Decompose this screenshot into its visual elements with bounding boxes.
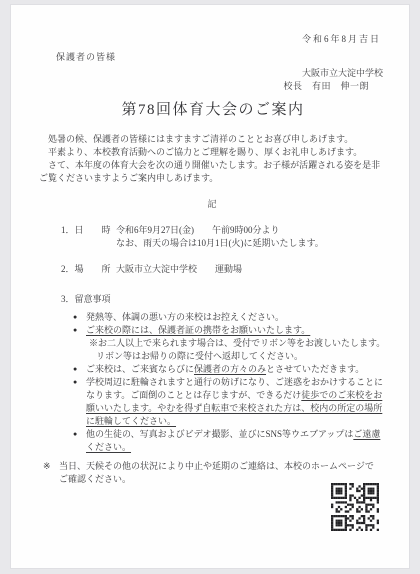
- greeting-paragraph: 処暑の候、保護者の皆様にはますますご清祥のこととお喜び申しあげます。 平素より、…: [39, 133, 387, 185]
- note-segment: 保護者の方々のみ: [194, 364, 266, 374]
- note-segment: とさせていただきます。: [266, 364, 364, 374]
- detail-label: 2．場 所: [61, 263, 116, 276]
- sender-block: 大阪市立大淀中学校 校長 有田 伸一朗: [39, 67, 387, 93]
- bullet-icon: ●: [73, 363, 86, 376]
- note-segment: リボン等はお帰りの際に受付へ返却してください。: [96, 351, 303, 361]
- note-segment: 他の生徒の、写真およびビデオ撮影、並びにSNS等ウエブアップは: [86, 429, 353, 439]
- note-segment: ご来校の際には、保護者証の携帯をお願いいたします。: [86, 325, 310, 335]
- note-subline: リボン等はお帰りの際に受付へ返却してください。: [96, 350, 387, 363]
- detail-value: 令和6年9月27日(金) 午前9時00分より: [116, 224, 387, 237]
- detail-label: 1．日 時: [61, 224, 116, 250]
- note-item: ●ご来校は、ご来賓ならびに保護者の方々のみとさせていただきます。: [73, 363, 387, 376]
- greeting-line: さて、本年度の体育大会を次の通り開催いたします。お子様が活躍される姿を是非ご覧く…: [39, 159, 387, 185]
- document-date: 令和6年8月吉日: [39, 33, 387, 46]
- qr-code: [331, 483, 379, 531]
- note-text: ご来校は、ご来賓ならびに保護者の方々のみとさせていただきます。: [86, 363, 387, 376]
- detail-body: 大阪市立大淀中学校 運動場: [116, 263, 387, 276]
- sender-principal: 校長 有田 伸一朗: [39, 80, 383, 93]
- notes-list: ●発熱等、体調の悪い方の来校はお控えください。●ご来校の際には、保護者証の携帯を…: [39, 311, 387, 454]
- note-item: ●他の生徒の、写真およびビデオ撮影、並びにSNS等ウエブアップはご遠慮ください。: [73, 428, 387, 454]
- record-marker: 記: [39, 198, 387, 211]
- sender-school: 大阪市立大淀中学校: [39, 67, 383, 80]
- note-text: ご来校の際には、保護者証の携帯をお願いいたします。: [86, 324, 387, 337]
- note-item: ●学校周辺に駐輪されますと通行の妨げになり、ご迷惑をおかけすることになります。ご…: [73, 376, 387, 428]
- notes-heading: 3．留意事項: [61, 293, 387, 306]
- note-text: 他の生徒の、写真およびビデオ撮影、並びにSNS等ウエブアップはご遠慮ください。: [86, 428, 387, 454]
- note-subline: ※お二人以上で来られます場合は、受付でリボン等をお渡しいたします。: [89, 337, 387, 350]
- note-text: 学校周辺に駐輪されますと通行の妨げになり、ご迷惑をおかけすることになります。ご面…: [86, 376, 387, 428]
- detail-row: 2．場 所大阪市立大淀中学校 運動場: [61, 263, 387, 276]
- greeting-line: 処暑の候、保護者の皆様にはますますご清祥のこととお喜び申しあげます。: [39, 133, 387, 146]
- recipient-line: 保護者の皆様: [56, 51, 387, 64]
- note-segment: 発熱等、体調の悪い方の来校はお控えください。: [86, 312, 284, 322]
- document-page: 令和6年8月吉日 保護者の皆様 大阪市立大淀中学校 校長 有田 伸一朗 第78回…: [10, 4, 410, 569]
- note-text: 発熱等、体調の悪い方の来校はお控えください。: [86, 311, 387, 324]
- detail-note: なお、雨天の場合は10月1日(火)に延期いたします。: [116, 237, 387, 250]
- footnote-marker: ※: [43, 460, 59, 486]
- bullet-icon: ●: [73, 324, 86, 337]
- greeting-line: 平素より、本校教育活動へのご協力とご理解を賜り、厚くお礼申しあげます。: [39, 146, 387, 159]
- detail-row: 1．日 時令和6年9月27日(金) 午前9時00分よりなお、雨天の場合は10月1…: [61, 224, 387, 250]
- bullet-icon: ●: [73, 376, 86, 428]
- note-item: ●発熱等、体調の悪い方の来校はお控えください。: [73, 311, 387, 324]
- document-title: 第78回体育大会のご案内: [39, 100, 387, 120]
- bullet-icon: ●: [73, 428, 86, 454]
- note-item: ●ご来校の際には、保護者証の携帯をお願いいたします。: [73, 324, 387, 337]
- details-list: 1．日 時令和6年9月27日(金) 午前9時00分よりなお、雨天の場合は10月1…: [39, 224, 387, 276]
- detail-value: 大阪市立大淀中学校 運動場: [116, 263, 387, 276]
- bullet-icon: ●: [73, 311, 86, 324]
- note-segment: ※お二人以上で来られます場合は、受付でリボン等をお渡しいたします。: [89, 338, 385, 348]
- note-segment: ご来校は、ご来賓ならびに: [86, 364, 194, 374]
- detail-body: 令和6年9月27日(金) 午前9時00分よりなお、雨天の場合は10月1日(火)に…: [116, 224, 387, 250]
